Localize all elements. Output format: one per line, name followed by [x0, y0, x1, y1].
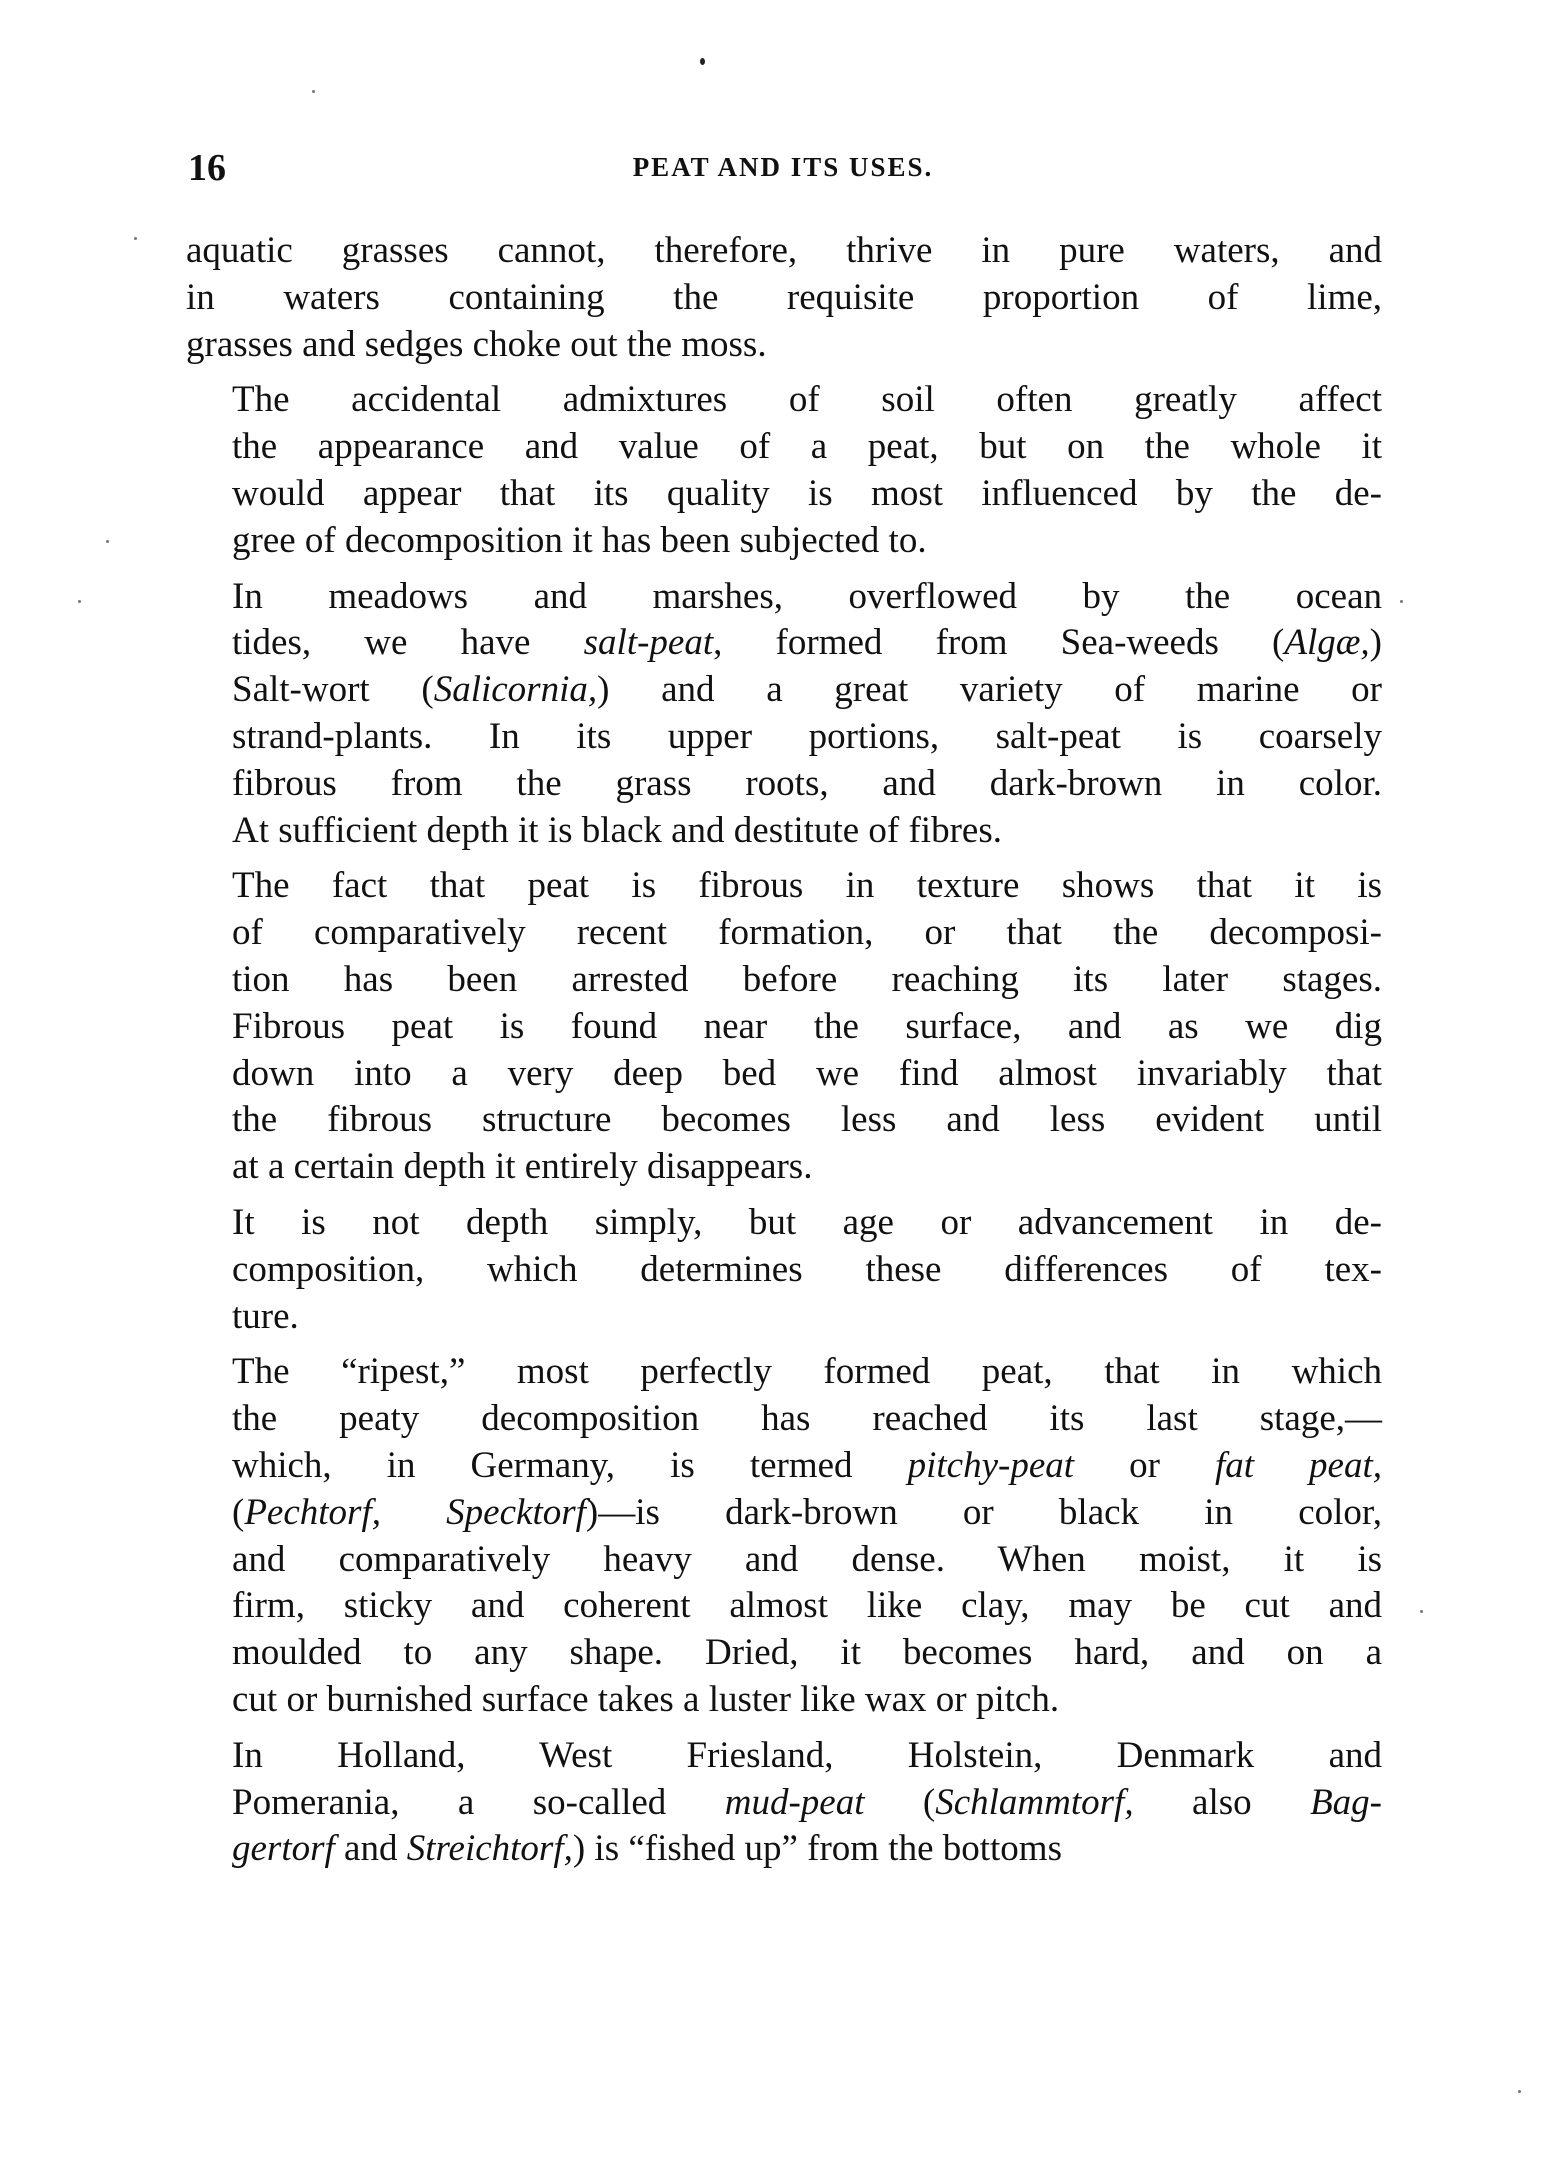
- text-run: (: [232, 1492, 244, 1533]
- text-run: and: [335, 1828, 407, 1869]
- paragraph: aquatic grasses cannot, therefore, thriv…: [186, 228, 1382, 368]
- text-line: moulded to any shape. Dried, it becomes …: [186, 1630, 1382, 1677]
- text-run: In Holland, West Friesland, Holstein, De…: [232, 1735, 1382, 1776]
- text-run: )—is dark-brown or black in color,: [586, 1492, 1382, 1533]
- text-line: gree of decomposition it has been subjec…: [186, 518, 1382, 565]
- text-run: which, in Germany, is termed: [232, 1445, 908, 1486]
- text-run: strand-plants. In its upper portions, sa…: [232, 716, 1382, 757]
- text-run: ture.: [232, 1296, 299, 1337]
- text-line: fibrous from the grass roots, and dark-b…: [186, 761, 1382, 808]
- text-line: At sufficient depth it is black and dest…: [186, 808, 1382, 855]
- italic-term: mud-peat: [725, 1782, 865, 1823]
- text-run: The accidental admixtures of soil often …: [232, 379, 1382, 420]
- text-run: or: [1074, 1445, 1215, 1486]
- scan-speck: [78, 600, 81, 603]
- page-header: 16 PEAT AND ITS USES.: [188, 146, 1378, 192]
- text-line: In meadows and marshes, overflowed by th…: [186, 574, 1382, 621]
- text-run: The fact that peat is fibrous in texture…: [232, 865, 1382, 906]
- text-line: and comparatively heavy and dense. When …: [186, 1537, 1382, 1584]
- text-run: the peaty decomposition has reached its …: [232, 1398, 1382, 1439]
- scan-speck: [106, 540, 109, 543]
- scan-speck: [700, 58, 705, 65]
- text-run: ) is “fished up” from the bottoms: [573, 1828, 1062, 1869]
- text-line: which, in Germany, is termed pitchy-peat…: [186, 1443, 1382, 1490]
- text-run: of comparatively recent formation, or th…: [232, 912, 1382, 953]
- text-line: down into a very deep bed we find almost…: [186, 1051, 1382, 1098]
- paragraph: The accidental admixtures of soil often …: [186, 377, 1382, 564]
- text-run: in waters containing the requisite propo…: [186, 277, 1382, 318]
- text-run: tides, we have: [232, 622, 584, 663]
- text-run: At sufficient depth it is black and dest…: [232, 810, 1002, 851]
- text-line: cut or burnished surface takes a luster …: [186, 1677, 1382, 1724]
- text-run: Salt-wort (: [232, 669, 434, 710]
- italic-term: gertorf: [232, 1828, 335, 1869]
- text-line: in waters containing the requisite propo…: [186, 275, 1382, 322]
- text-run: (: [864, 1782, 935, 1823]
- text-line: ture.: [186, 1294, 1382, 1341]
- text-run: Fibrous peat is found near the surface, …: [232, 1006, 1382, 1047]
- italic-term: fat peat,: [1215, 1445, 1382, 1486]
- text-run: at a certain depth it entirely disappear…: [232, 1146, 812, 1187]
- paragraph: It is not depth simply, but age or advan…: [186, 1200, 1382, 1340]
- body-text: aquatic grasses cannot, therefore, thriv…: [186, 228, 1382, 1882]
- text-line: grasses and sedges choke out the moss.: [186, 322, 1382, 369]
- text-run: grasses and sedges choke out the moss.: [186, 324, 767, 365]
- paragraph: In Holland, West Friesland, Holstein, De…: [186, 1733, 1382, 1873]
- text-line: The fact that peat is fibrous in texture…: [186, 863, 1382, 910]
- text-line: of comparatively recent formation, or th…: [186, 910, 1382, 957]
- text-run: Pomerania, a so-called: [232, 1782, 725, 1823]
- text-run: down into a very deep bed we find almost…: [232, 1053, 1382, 1094]
- text-line: tion has been arrested before reaching i…: [186, 957, 1382, 1004]
- text-line: would appear that its quality is most in…: [186, 471, 1382, 518]
- text-run: aquatic grasses cannot, therefore, thriv…: [186, 230, 1382, 271]
- italic-term: Schlammtorf,: [935, 1782, 1133, 1823]
- text-line: The accidental admixtures of soil often …: [186, 377, 1382, 424]
- text-run: tion has been arrested before reaching i…: [232, 959, 1382, 1000]
- scan-speck: [134, 237, 137, 240]
- text-line: at a certain depth it entirely disappear…: [186, 1144, 1382, 1191]
- text-line: composition, which determines these diff…: [186, 1247, 1382, 1294]
- text-line: the appearance and value of a peat, but …: [186, 424, 1382, 471]
- italic-term: Salicornia,: [434, 669, 597, 710]
- italic-term: Streichtorf,: [407, 1828, 573, 1869]
- text-run: moulded to any shape. Dried, it becomes …: [232, 1632, 1382, 1673]
- text-run: , formed from Sea-weeds (: [713, 622, 1284, 663]
- text-run: cut or burnished surface takes a luster …: [232, 1679, 1059, 1720]
- text-line: firm, sticky and coherent almost like cl…: [186, 1583, 1382, 1630]
- text-run: also: [1134, 1782, 1310, 1823]
- text-run: and comparatively heavy and dense. When …: [232, 1539, 1382, 1580]
- text-line: gertorf and Streichtorf,) is “fished up”…: [186, 1826, 1382, 1873]
- scan-speck: [1420, 1610, 1423, 1613]
- text-run: firm, sticky and coherent almost like cl…: [232, 1585, 1382, 1626]
- text-run: the fibrous structure becomes less and l…: [232, 1099, 1382, 1140]
- paragraph: The fact that peat is fibrous in texture…: [186, 863, 1382, 1191]
- text-run: ) and a great variety of marine or: [597, 669, 1382, 710]
- text-line: the peaty decomposition has reached its …: [186, 1396, 1382, 1443]
- italic-term: pitchy-peat: [908, 1445, 1074, 1486]
- text-line: Salt-wort (Salicornia,) and a great vari…: [186, 667, 1382, 714]
- text-run: It is not depth simply, but age or advan…: [232, 1202, 1382, 1243]
- text-line: (Pechtorf, Specktorf)—is dark-brown or b…: [186, 1490, 1382, 1537]
- text-run: The “ripest,” most perfectly formed peat…: [232, 1351, 1382, 1392]
- text-run: gree of decomposition it has been subjec…: [232, 520, 927, 561]
- text-run: ): [1370, 622, 1382, 663]
- italic-term: salt-peat: [584, 622, 713, 663]
- text-line: strand-plants. In its upper portions, sa…: [186, 714, 1382, 761]
- text-run: would appear that its quality is most in…: [232, 473, 1382, 514]
- text-line: The “ripest,” most perfectly formed peat…: [186, 1349, 1382, 1396]
- text-line: the fibrous structure becomes less and l…: [186, 1097, 1382, 1144]
- scan-speck: [1400, 600, 1403, 603]
- text-run: In meadows and marshes, overflowed by th…: [232, 576, 1382, 617]
- scan-speck: [312, 90, 315, 93]
- paragraph: The “ripest,” most perfectly formed peat…: [186, 1349, 1382, 1723]
- text-line: Fibrous peat is found near the surface, …: [186, 1004, 1382, 1051]
- text-run: the appearance and value of a peat, but …: [232, 426, 1382, 467]
- text-line: In Holland, West Friesland, Holstein, De…: [186, 1733, 1382, 1780]
- text-run: composition, which determines these diff…: [232, 1249, 1382, 1290]
- text-line: aquatic grasses cannot, therefore, thriv…: [186, 228, 1382, 275]
- scan-speck: [1518, 2090, 1521, 2093]
- italic-term: Algæ,: [1284, 622, 1369, 663]
- text-line: Pomerania, a so-called mud-peat (Schlamm…: [186, 1780, 1382, 1827]
- italic-term: Bag-: [1310, 1782, 1382, 1823]
- text-line: It is not depth simply, but age or advan…: [186, 1200, 1382, 1247]
- running-title: PEAT AND ITS USES.: [188, 152, 1378, 183]
- paragraph: In meadows and marshes, overflowed by th…: [186, 574, 1382, 855]
- text-line: tides, we have salt-peat, formed from Se…: [186, 620, 1382, 667]
- italic-term: Pechtorf, Specktorf: [244, 1492, 586, 1533]
- text-run: fibrous from the grass roots, and dark-b…: [232, 763, 1382, 804]
